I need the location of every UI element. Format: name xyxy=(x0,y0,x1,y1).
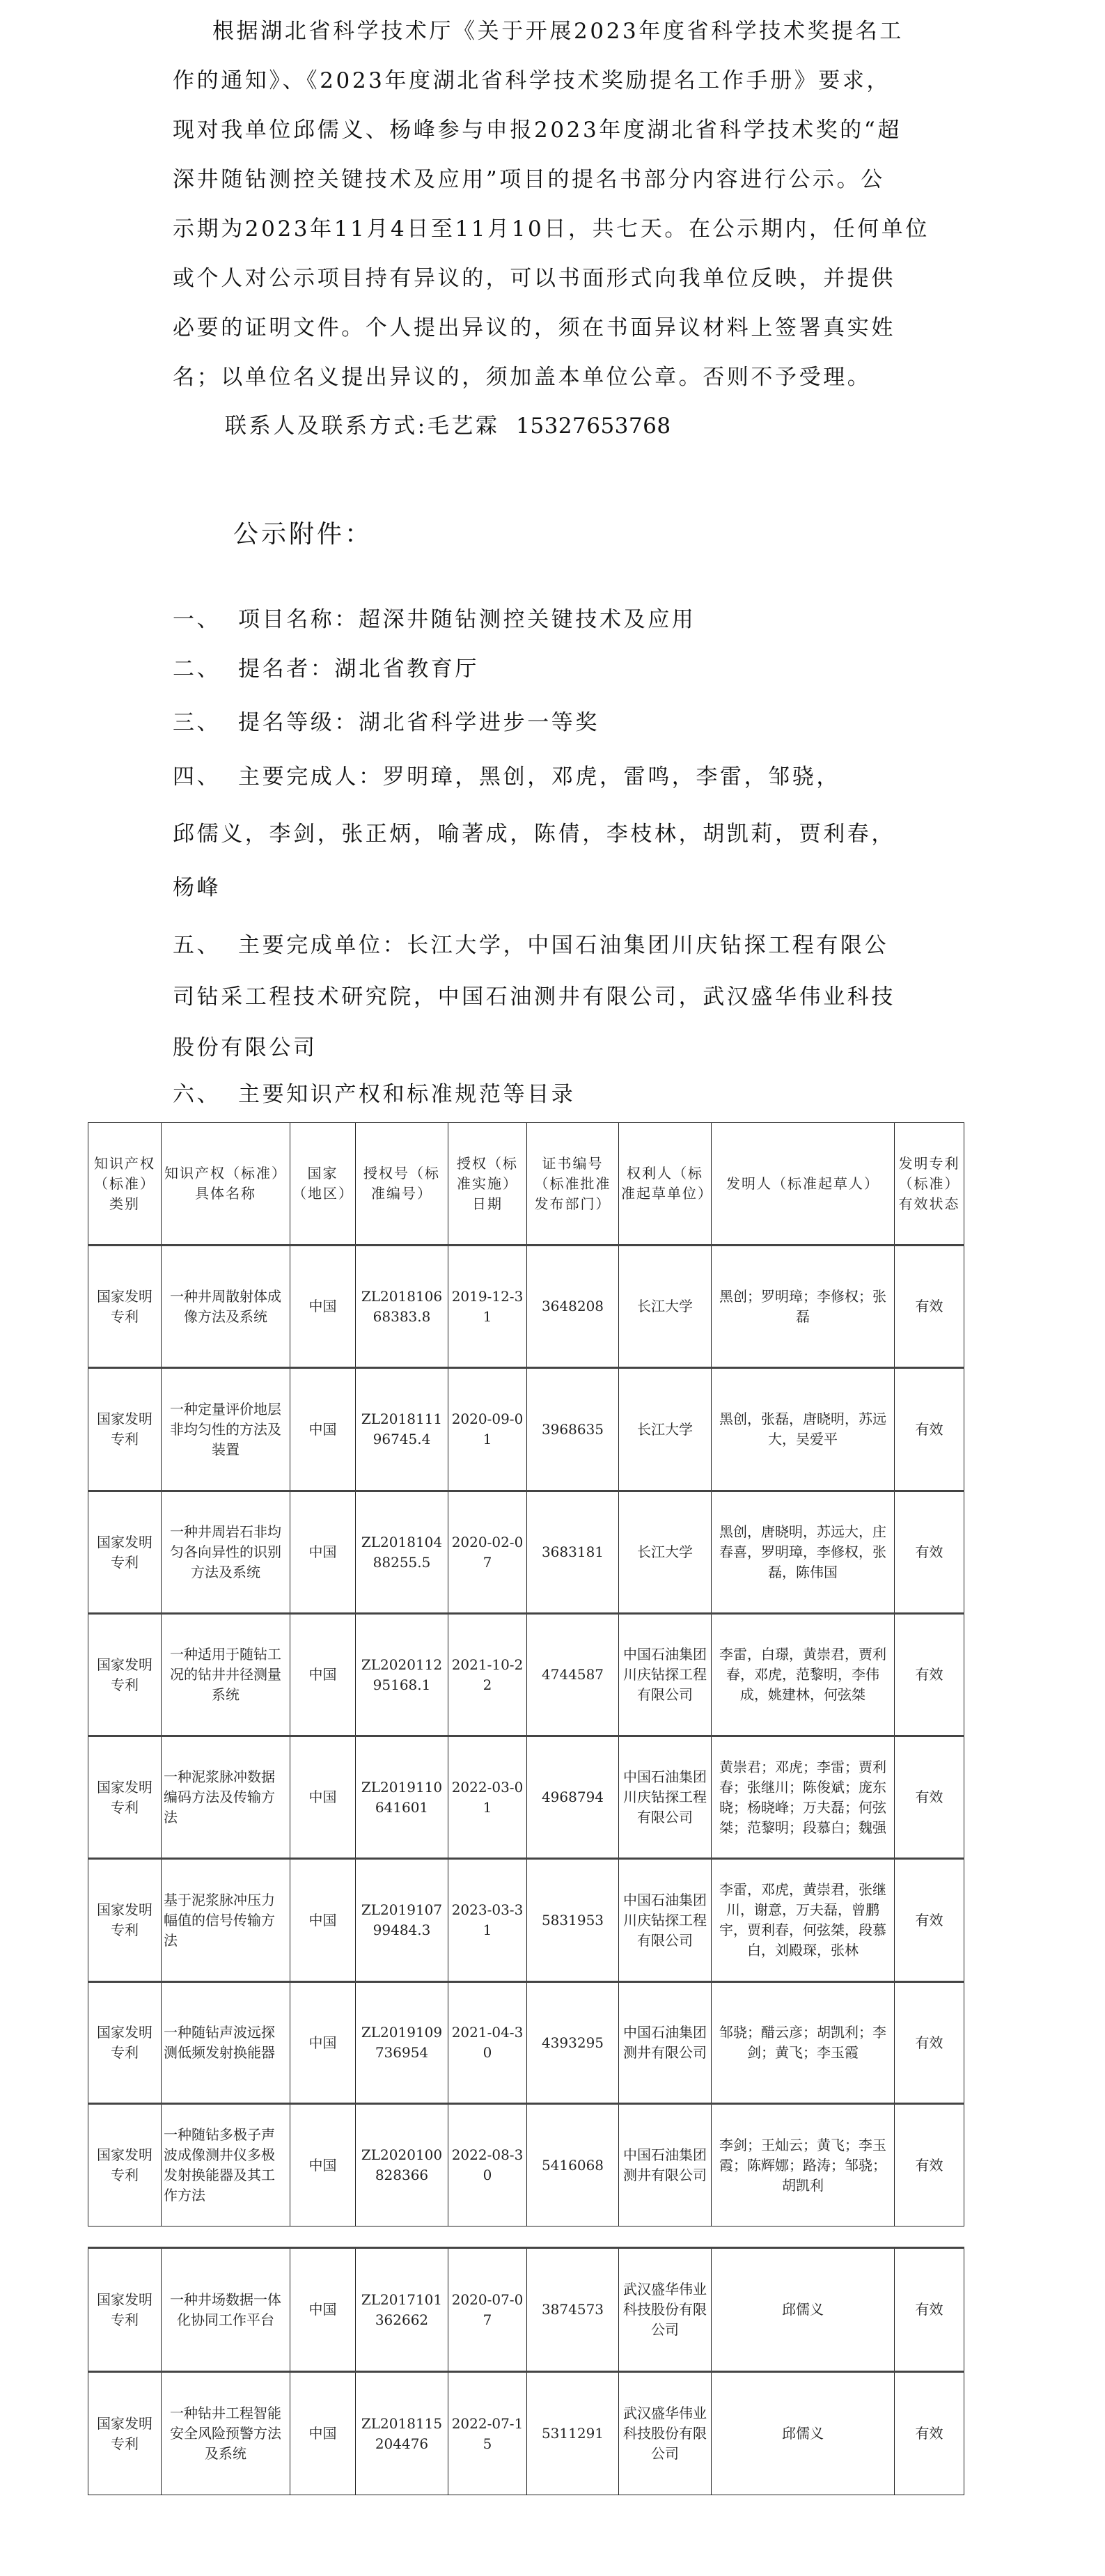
cell-inventors: 李剑；王灿云；黄飞；李玉霞；陈辉娜；路涛；邹骁；胡凯利 xyxy=(712,2104,895,2226)
cell-inventors: 李雷，邓虎，黄崇君，张继川，谢意，万夫磊，曾鹏宇，贾利春，何弦桀，段慕白，刘殿琛… xyxy=(712,1859,895,1982)
header-owner: 权利人（标准起草单位） xyxy=(619,1123,712,1246)
cell-ip-type: 国家发明专利 xyxy=(88,1859,162,1982)
cell-status: 有效 xyxy=(895,1491,964,1614)
ip-table: 知识产权（标准）类别 知识产权（标准）具体名称 国家（地区） 授权号（标准编号）… xyxy=(88,1122,964,2226)
cell-cert-no: 3874573 xyxy=(527,2248,619,2372)
cell-ip-type: 国家发明专利 xyxy=(88,1614,162,1736)
table-row: 国家发明专利一种井场数据一体化协同工作平台中国ZL201710136266220… xyxy=(88,2248,964,2372)
units-line: 长江大学，中国石油集团川庆钻探工程有限公 xyxy=(407,933,888,958)
cell-ip-name: 一种定量评价地层非均匀性的方法及装置 xyxy=(162,1368,290,1491)
table-row: 国家发明专利一种泥浆脉冲数据编码方法及传输方法中国ZL2019110641601… xyxy=(88,1736,964,1859)
cell-country: 中国 xyxy=(290,1246,356,1368)
cell-country: 中国 xyxy=(290,1368,356,1491)
cell-cert-no: 4393295 xyxy=(527,1982,619,2104)
table-row: 国家发明专利一种井周散射体成像方法及系统中国ZL201810668383.820… xyxy=(88,1246,964,1368)
cell-inventors: 黑创，张磊，唐晓明，苏远大，吴爱平 xyxy=(712,1368,895,1491)
header-ip-type: 知识产权（标准）类别 xyxy=(88,1123,162,1246)
cell-patent-no: ZL202011295168.1 xyxy=(356,1614,448,1736)
header-patent-no: 授权号（标准编号） xyxy=(356,1123,448,1246)
cell-inventors: 李雷，白璟，黄崇君，贾利春，邓虎，范黎明，李伟成，姚建林，何弦桀 xyxy=(712,1614,895,1736)
cell-date: 2022-07-15 xyxy=(448,2372,527,2495)
cell-inventors: 黄崇君；邓虎；李雷；贾利春；张继川；陈俊斌；庞东晓；杨晓峰；万夫磊；何弦桀；范黎… xyxy=(712,1736,895,1859)
item-label: 项目名称： xyxy=(238,607,359,632)
cell-cert-no: 3968635 xyxy=(527,1368,619,1491)
item-number: 三、 xyxy=(173,709,238,737)
paragraph-line: 或个人对公示项目持有异议的，可以书面形式向我单位反映，并提供 xyxy=(173,265,895,292)
cell-country: 中国 xyxy=(290,2248,356,2372)
cell-inventors: 黑创，唐晓明，苏远大，庄春喜，罗明璋，李修权，张磊，陈伟国 xyxy=(712,1491,895,1614)
table-header-row: 知识产权（标准）类别 知识产权（标准）具体名称 国家（地区） 授权号（标准编号）… xyxy=(88,1123,964,1246)
item-label: 提名等级： xyxy=(238,710,359,735)
cell-status: 有效 xyxy=(895,2104,964,2226)
cell-ip-type: 国家发明专利 xyxy=(88,1246,162,1368)
cell-status: 有效 xyxy=(895,1982,964,2104)
cell-patent-no: ZL201811196745.4 xyxy=(356,1368,448,1491)
cell-ip-type: 国家发明专利 xyxy=(88,1491,162,1614)
cell-inventors: 邱儒义 xyxy=(712,2372,895,2495)
cell-patent-no: ZL2019110641601 xyxy=(356,1736,448,1859)
item-label: 主要完成人： xyxy=(238,764,383,790)
cell-status: 有效 xyxy=(895,2248,964,2372)
cell-cert-no: 5416068 xyxy=(527,2104,619,2226)
paragraph-line: 深井随钻测控关键技术及应用”项目的提名书部分内容进行公示。公 xyxy=(173,166,885,194)
cell-date: 2019-12-31 xyxy=(448,1246,527,1368)
contact-label: 联系人及联系方式:毛艺霖 xyxy=(225,414,500,439)
cell-status: 有效 xyxy=(895,1736,964,1859)
header-status: 发明专利（标准）有效状态 xyxy=(895,1123,964,1246)
cell-status: 有效 xyxy=(895,1246,964,1368)
header-country: 国家（地区） xyxy=(290,1123,356,1246)
cell-patent-no: ZL201910799484.3 xyxy=(356,1859,448,1982)
cell-status: 有效 xyxy=(895,1368,964,1491)
cell-owner: 中国石油集团测井有限公司 xyxy=(619,1982,712,2104)
cell-ip-type: 国家发明专利 xyxy=(88,2104,162,2226)
paragraph-line: 名；以单位名义提出异议的，须加盖本单位公章。否则不予受理。 xyxy=(173,363,871,391)
paragraph-line: 必要的证明文件。个人提出异议的，须在书面异议材料上签署真实姓 xyxy=(173,314,895,342)
cell-owner: 长江大学 xyxy=(619,1491,712,1614)
cell-date: 2020-02-07 xyxy=(448,1491,527,1614)
cell-ip-type: 国家发明专利 xyxy=(88,1982,162,2104)
cell-patent-no: ZL2020100828366 xyxy=(356,2104,448,2226)
cell-date: 2021-10-22 xyxy=(448,1614,527,1736)
cell-country: 中国 xyxy=(290,1491,356,1614)
cell-ip-name: 一种随钻多极子声波成像测井仪多极发射换能器及其工作方法 xyxy=(162,2104,290,2226)
item-nominator: 二、提名者：湖北省教育厅 xyxy=(173,655,479,683)
cell-patent-no: ZL2017101362662 xyxy=(356,2248,448,2372)
cell-owner: 中国石油集团测井有限公司 xyxy=(619,2104,712,2226)
cell-country: 中国 xyxy=(290,1859,356,1982)
item-number: 一、 xyxy=(173,606,238,634)
cell-owner: 武汉盛华伟业科技股份有限公司 xyxy=(619,2248,712,2372)
item-nomination-level: 三、提名等级：湖北省科学进步一等奖 xyxy=(173,709,599,737)
item-label: 主要知识产权和标准规范等目录 xyxy=(238,1082,575,1107)
table-row: 国家发明专利一种井周岩石非均匀各向异性的识别方法及系统中国ZL201810488… xyxy=(88,1491,964,1614)
header-date: 授权（标准实施）日期 xyxy=(448,1123,527,1246)
cell-cert-no: 3648208 xyxy=(527,1246,619,1368)
header-ip-name: 知识产权（标准）具体名称 xyxy=(162,1123,290,1246)
table-row: 国家发明专利一种定量评价地层非均匀性的方法及装置中国ZL201811196745… xyxy=(88,1368,964,1491)
cell-cert-no: 4744587 xyxy=(527,1614,619,1736)
completers-line: 杨峰 xyxy=(173,874,221,902)
paragraph-line: 根据湖北省科学技术厅《关于开展2023年度省科学技术奖提名工 xyxy=(212,17,904,45)
cell-ip-name: 一种井场数据一体化协同工作平台 xyxy=(162,2248,290,2372)
item-label: 提名者： xyxy=(238,657,334,682)
cell-ip-name: 一种随钻声波远探测低频发射换能器 xyxy=(162,1982,290,2104)
paragraph-line: 作的通知》、《2023年度湖北省科学技术奖励提名工作手册》要求， xyxy=(173,67,891,95)
cell-country: 中国 xyxy=(290,2104,356,2226)
cell-inventors: 邹骁；醋云彦；胡凯利；李剑；黄飞；李玉霞 xyxy=(712,1982,895,2104)
cell-owner: 中国石油集团川庆钻探工程有限公司 xyxy=(619,1859,712,1982)
cell-owner: 武汉盛华伟业科技股份有限公司 xyxy=(619,2372,712,2495)
cell-ip-name: 一种钻井工程智能安全风险预警方法及系统 xyxy=(162,2372,290,2495)
cell-owner: 中国石油集团川庆钻探工程有限公司 xyxy=(619,1614,712,1736)
item-project-name: 一、项目名称：超深井随钻测控关键技术及应用 xyxy=(173,606,696,634)
cell-ip-name: 一种井周岩石非均匀各向异性的识别方法及系统 xyxy=(162,1491,290,1614)
cell-date: 2022-03-01 xyxy=(448,1736,527,1859)
cell-ip-type: 国家发明专利 xyxy=(88,2248,162,2372)
cell-ip-name: 一种井周散射体成像方法及系统 xyxy=(162,1246,290,1368)
cell-ip-type: 国家发明专利 xyxy=(88,1736,162,1859)
header-cert-no: 证书编号（标准批准发布部门） xyxy=(527,1123,619,1246)
header-inventors: 发明人（标准起草人） xyxy=(712,1123,895,1246)
cell-date: 2020-09-01 xyxy=(448,1368,527,1491)
table-row: 国家发明专利一种适用于随钻工况的钻井井径测量系统中国ZL202011295168… xyxy=(88,1614,964,1736)
item-number: 二、 xyxy=(173,655,238,683)
paragraph-line: 示期为2023年11月4日至11月10日，共七天。在公示期内，任何单位 xyxy=(173,215,930,243)
attachment-heading: 公示附件： xyxy=(233,519,373,550)
cell-date: 2023-03-31 xyxy=(448,1859,527,1982)
item-number: 六、 xyxy=(173,1081,238,1108)
completers-line: 罗明璋，黑创，邓虎，雷鸣，李雷，邹骁， xyxy=(383,764,840,790)
cell-ip-name: 基于泥浆脉冲压力幅值的信号传输方法 xyxy=(162,1859,290,1982)
table-row: 国家发明专利一种钻井工程智能安全风险预警方法及系统中国ZL20181152044… xyxy=(88,2372,964,2495)
item-number: 四、 xyxy=(173,763,238,791)
cell-patent-no: ZL2019109736954 xyxy=(356,1982,448,2104)
cell-owner: 长江大学 xyxy=(619,1246,712,1368)
cell-ip-type: 国家发明专利 xyxy=(88,2372,162,2495)
table-row: 国家发明专利一种随钻声波远探测低频发射换能器中国ZL20191097369542… xyxy=(88,1982,964,2104)
cell-cert-no: 3683181 xyxy=(527,1491,619,1614)
cell-country: 中国 xyxy=(290,1614,356,1736)
ip-table-continued: 国家发明专利一种井场数据一体化协同工作平台中国ZL201710136266220… xyxy=(88,2247,964,2495)
cell-cert-no: 5311291 xyxy=(527,2372,619,2495)
cell-ip-name: 一种适用于随钻工况的钻井井径测量系统 xyxy=(162,1614,290,1736)
cell-status: 有效 xyxy=(895,2372,964,2495)
cell-status: 有效 xyxy=(895,1614,964,1736)
table-row: 国家发明专利一种随钻多极子声波成像测井仪多极发射换能器及其工作方法中国ZL202… xyxy=(88,2104,964,2226)
cell-inventors: 邱儒义 xyxy=(712,2248,895,2372)
cell-date: 2020-07-07 xyxy=(448,2248,527,2372)
cell-cert-no: 5831953 xyxy=(527,1859,619,1982)
completers-line: 邱儒义，李剑，张正炳，喻著成，陈倩，李枝林，胡凯莉，贾利春， xyxy=(173,820,895,848)
cell-country: 中国 xyxy=(290,1736,356,1859)
item-number: 五、 xyxy=(173,932,238,959)
cell-ip-type: 国家发明专利 xyxy=(88,1368,162,1491)
units-line: 司钻采工程技术研究院，中国石油测井有限公司，武汉盛华伟业科技 xyxy=(173,983,895,1011)
cell-patent-no: ZL2018115204476 xyxy=(356,2372,448,2495)
item-label: 主要完成单位： xyxy=(238,933,407,958)
cell-patent-no: ZL201810488255.5 xyxy=(356,1491,448,1614)
cell-patent-no: ZL201810668383.8 xyxy=(356,1246,448,1368)
cell-inventors: 黑创；罗明璋；李修权；张磊 xyxy=(712,1246,895,1368)
contact-phone: 15327653768 xyxy=(516,414,671,439)
paragraph-line: 现对我单位邱儒义、杨峰参与申报2023年度湖北省科学技术奖的“超 xyxy=(173,116,902,144)
cell-date: 2021-04-30 xyxy=(448,1982,527,2104)
item-ip-catalog: 六、主要知识产权和标准规范等目录 xyxy=(173,1081,575,1108)
cell-country: 中国 xyxy=(290,2372,356,2495)
cell-ip-name: 一种泥浆脉冲数据编码方法及传输方法 xyxy=(162,1736,290,1859)
contact-line: 联系人及联系方式:毛艺霖 15327653768 xyxy=(225,412,671,440)
cell-owner: 中国石油集团川庆钻探工程有限公司 xyxy=(619,1736,712,1859)
item-value: 湖北省科学进步一等奖 xyxy=(359,710,599,735)
cell-status: 有效 xyxy=(895,1859,964,1982)
table-row: 国家发明专利基于泥浆脉冲压力幅值的信号传输方法中国ZL201910799484.… xyxy=(88,1859,964,1982)
cell-owner: 长江大学 xyxy=(619,1368,712,1491)
cell-country: 中国 xyxy=(290,1982,356,2104)
item-value: 超深井随钻测控关键技术及应用 xyxy=(359,607,696,632)
cell-date: 2022-08-30 xyxy=(448,2104,527,2226)
cell-cert-no: 4968794 xyxy=(527,1736,619,1859)
item-value: 湖北省教育厅 xyxy=(334,657,479,682)
units-line: 股份有限公司 xyxy=(173,1034,318,1062)
